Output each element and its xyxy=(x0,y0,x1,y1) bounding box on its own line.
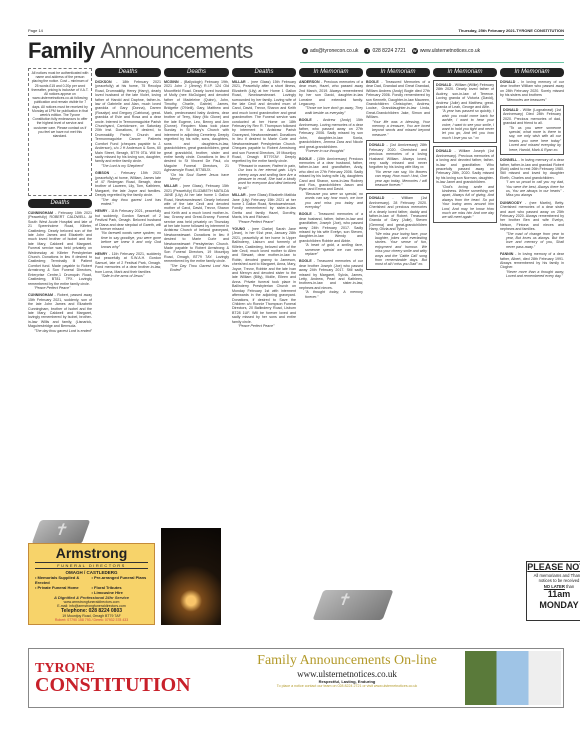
section-header-in-memoriam: In Memoriam xyxy=(366,68,430,77)
column-5: In Memoriam ANDERSON - Precious memories… xyxy=(299,68,363,553)
notice: DICKSON - 18th February 2021 (peacefully… xyxy=(95,80,161,168)
banner-photo xyxy=(465,651,561,705)
section-header-in-memoriam: In Memoriam xyxy=(299,68,363,77)
column-1: All notices must be authenticated with n… xyxy=(28,68,92,538)
section-header-in-memoriam: In Memoriam xyxy=(500,68,564,77)
notice-boxed: DONALD - William Joseph (1st Anniversary… xyxy=(433,146,497,223)
notice: GIBSON - February 15th 2021 (peacefully)… xyxy=(95,171,161,206)
notice: MCGINN - (Ballyclogh) February 19th, 202… xyxy=(164,80,229,181)
notice-boxed: DONALD - Willie (Lognabrast) (1st Annive… xyxy=(500,105,564,155)
bible-image xyxy=(313,590,394,620)
bible-image xyxy=(32,520,91,544)
section-header-deaths: Deaths xyxy=(232,68,296,77)
notice: CUNNINGHAM - February 15th 2021 (Peacefu… xyxy=(28,211,92,290)
notice: BOGLE - Andrew (Andy) 15th Anniversary. … xyxy=(299,118,363,153)
notice-boxed: DONALD - William (Willie) February 28th … xyxy=(433,80,497,143)
section-header-deaths: Deaths xyxy=(28,199,92,208)
ad-company-name: Armstrong xyxy=(31,546,152,561)
notice: BOGLE - Treasured memories of our dear b… xyxy=(299,259,363,299)
notice: BOGLE - Treasured Memories of a dear Dad… xyxy=(366,80,430,137)
email-icon: E xyxy=(302,48,308,54)
notice: DUNWOODY - (nee Martin), Betty. Cherishe… xyxy=(500,201,564,249)
ad-subtitle: FUNERAL DIRECTORS xyxy=(35,562,148,569)
section-header-deaths: Deaths xyxy=(95,68,161,77)
page-title: Family Announcements xyxy=(28,38,253,64)
notice: DONNELL - In loving memory of a dear fat… xyxy=(500,158,564,198)
dateline: Thursday, 25th February 2021-TYRONE CONS… xyxy=(458,28,564,33)
notice: BOGLE - Treasured memories of a dear hus… xyxy=(299,212,363,256)
notice: MILLAR - (nee Glass) 15th February 2021,… xyxy=(232,80,296,190)
notice: HENRY - 11th February 2021, peacefully b… xyxy=(95,209,161,249)
column-3: Deaths MCGINN - (Ballyclogh) February 19… xyxy=(164,68,229,528)
section-header-in-memoriam: In Memoriam xyxy=(433,68,497,77)
ad-mobiles: Robert: 07790 158 793 / Derek: 07932 378… xyxy=(31,618,152,622)
phone-contact[interactable]: T028 8224 2721 xyxy=(364,48,405,54)
banner-text: Family Announcements On-line www.ulstern… xyxy=(222,653,472,688)
column-7: In Memoriam DONALD - William (Willie) Fe… xyxy=(433,68,497,638)
email-contact[interactable]: Eads@tyronecon.co.uk xyxy=(302,48,358,54)
tyrone-constitution-logo: TYRONE CONSTITUTION xyxy=(35,661,191,693)
newspaper-page: Page 14 Thursday, 25th February 2021-TYR… xyxy=(28,0,564,737)
notice: CUNNINGHAM - Robert, passed away 15th Fe… xyxy=(28,293,92,333)
notice: MILLAR - (nee Glass), February 15th 2021… xyxy=(164,184,229,272)
column-6: In Memoriam BOGLE - Treasured Memories o… xyxy=(366,68,430,553)
notice: ANDERSON - Precious memories of a dear m… xyxy=(299,80,363,115)
notice: HENRY - 11th February 2021, suddenly but… xyxy=(95,252,161,278)
web-icon: W xyxy=(412,48,418,54)
notice-boxed: DONALD - (1st Anniversary) 28th February… xyxy=(366,140,430,190)
page-number: Page 14 xyxy=(28,28,43,33)
notice: DONALD - In loving memory of our dear br… xyxy=(500,80,564,102)
column-4: Deaths MILLAR - (nee Glass) 15th Februar… xyxy=(232,68,296,638)
banner-url[interactable]: www.ulsternetnotices.co.uk xyxy=(222,669,472,679)
contact-strip: Eads@tyronecon.co.uk T028 8224 2721 Wwww… xyxy=(300,39,564,63)
column-2: Deaths DICKSON - 18th February 2021 (pea… xyxy=(95,68,161,523)
section-header-deaths: Deaths xyxy=(164,68,229,77)
ad-services: • Memorials Supplied & Erected • Pre-arr… xyxy=(31,575,152,595)
page-header-bar: Page 14 Thursday, 25th February 2021-TYR… xyxy=(28,28,564,36)
notice: MILLAR - (nee Glass) Elizabeth Matilda J… xyxy=(232,193,296,224)
column-8: In Memoriam DONALD - In loving memory of… xyxy=(500,68,564,558)
phone-icon: T xyxy=(364,48,370,54)
candle-image xyxy=(161,528,221,625)
please-note-box: PLEASE NOTE All memoriams and Thanks not… xyxy=(526,561,580,621)
notice: YOUNG - (nee Clarke) Sarah Jane (Jean), … xyxy=(232,227,296,328)
notice: BOGLE - (15th Anniversary) Precious memo… xyxy=(299,157,363,210)
armstrong-funeral-ad[interactable]: Armstrong FUNERAL DIRECTORS OMAGH / CAST… xyxy=(28,543,155,625)
online-notices-banner[interactable]: TYRONE CONSTITUTION Family Announcements… xyxy=(28,648,564,708)
website-contact[interactable]: Wwww.ulsternetnotices.co.uk xyxy=(412,48,480,54)
notice: FANNIN - In loving memory of a dear fath… xyxy=(500,252,564,278)
info-box: All notices must be authenticated with n… xyxy=(28,68,92,196)
notice-boxed: DONALD - William (1st Anniversary). 28 F… xyxy=(366,193,430,270)
